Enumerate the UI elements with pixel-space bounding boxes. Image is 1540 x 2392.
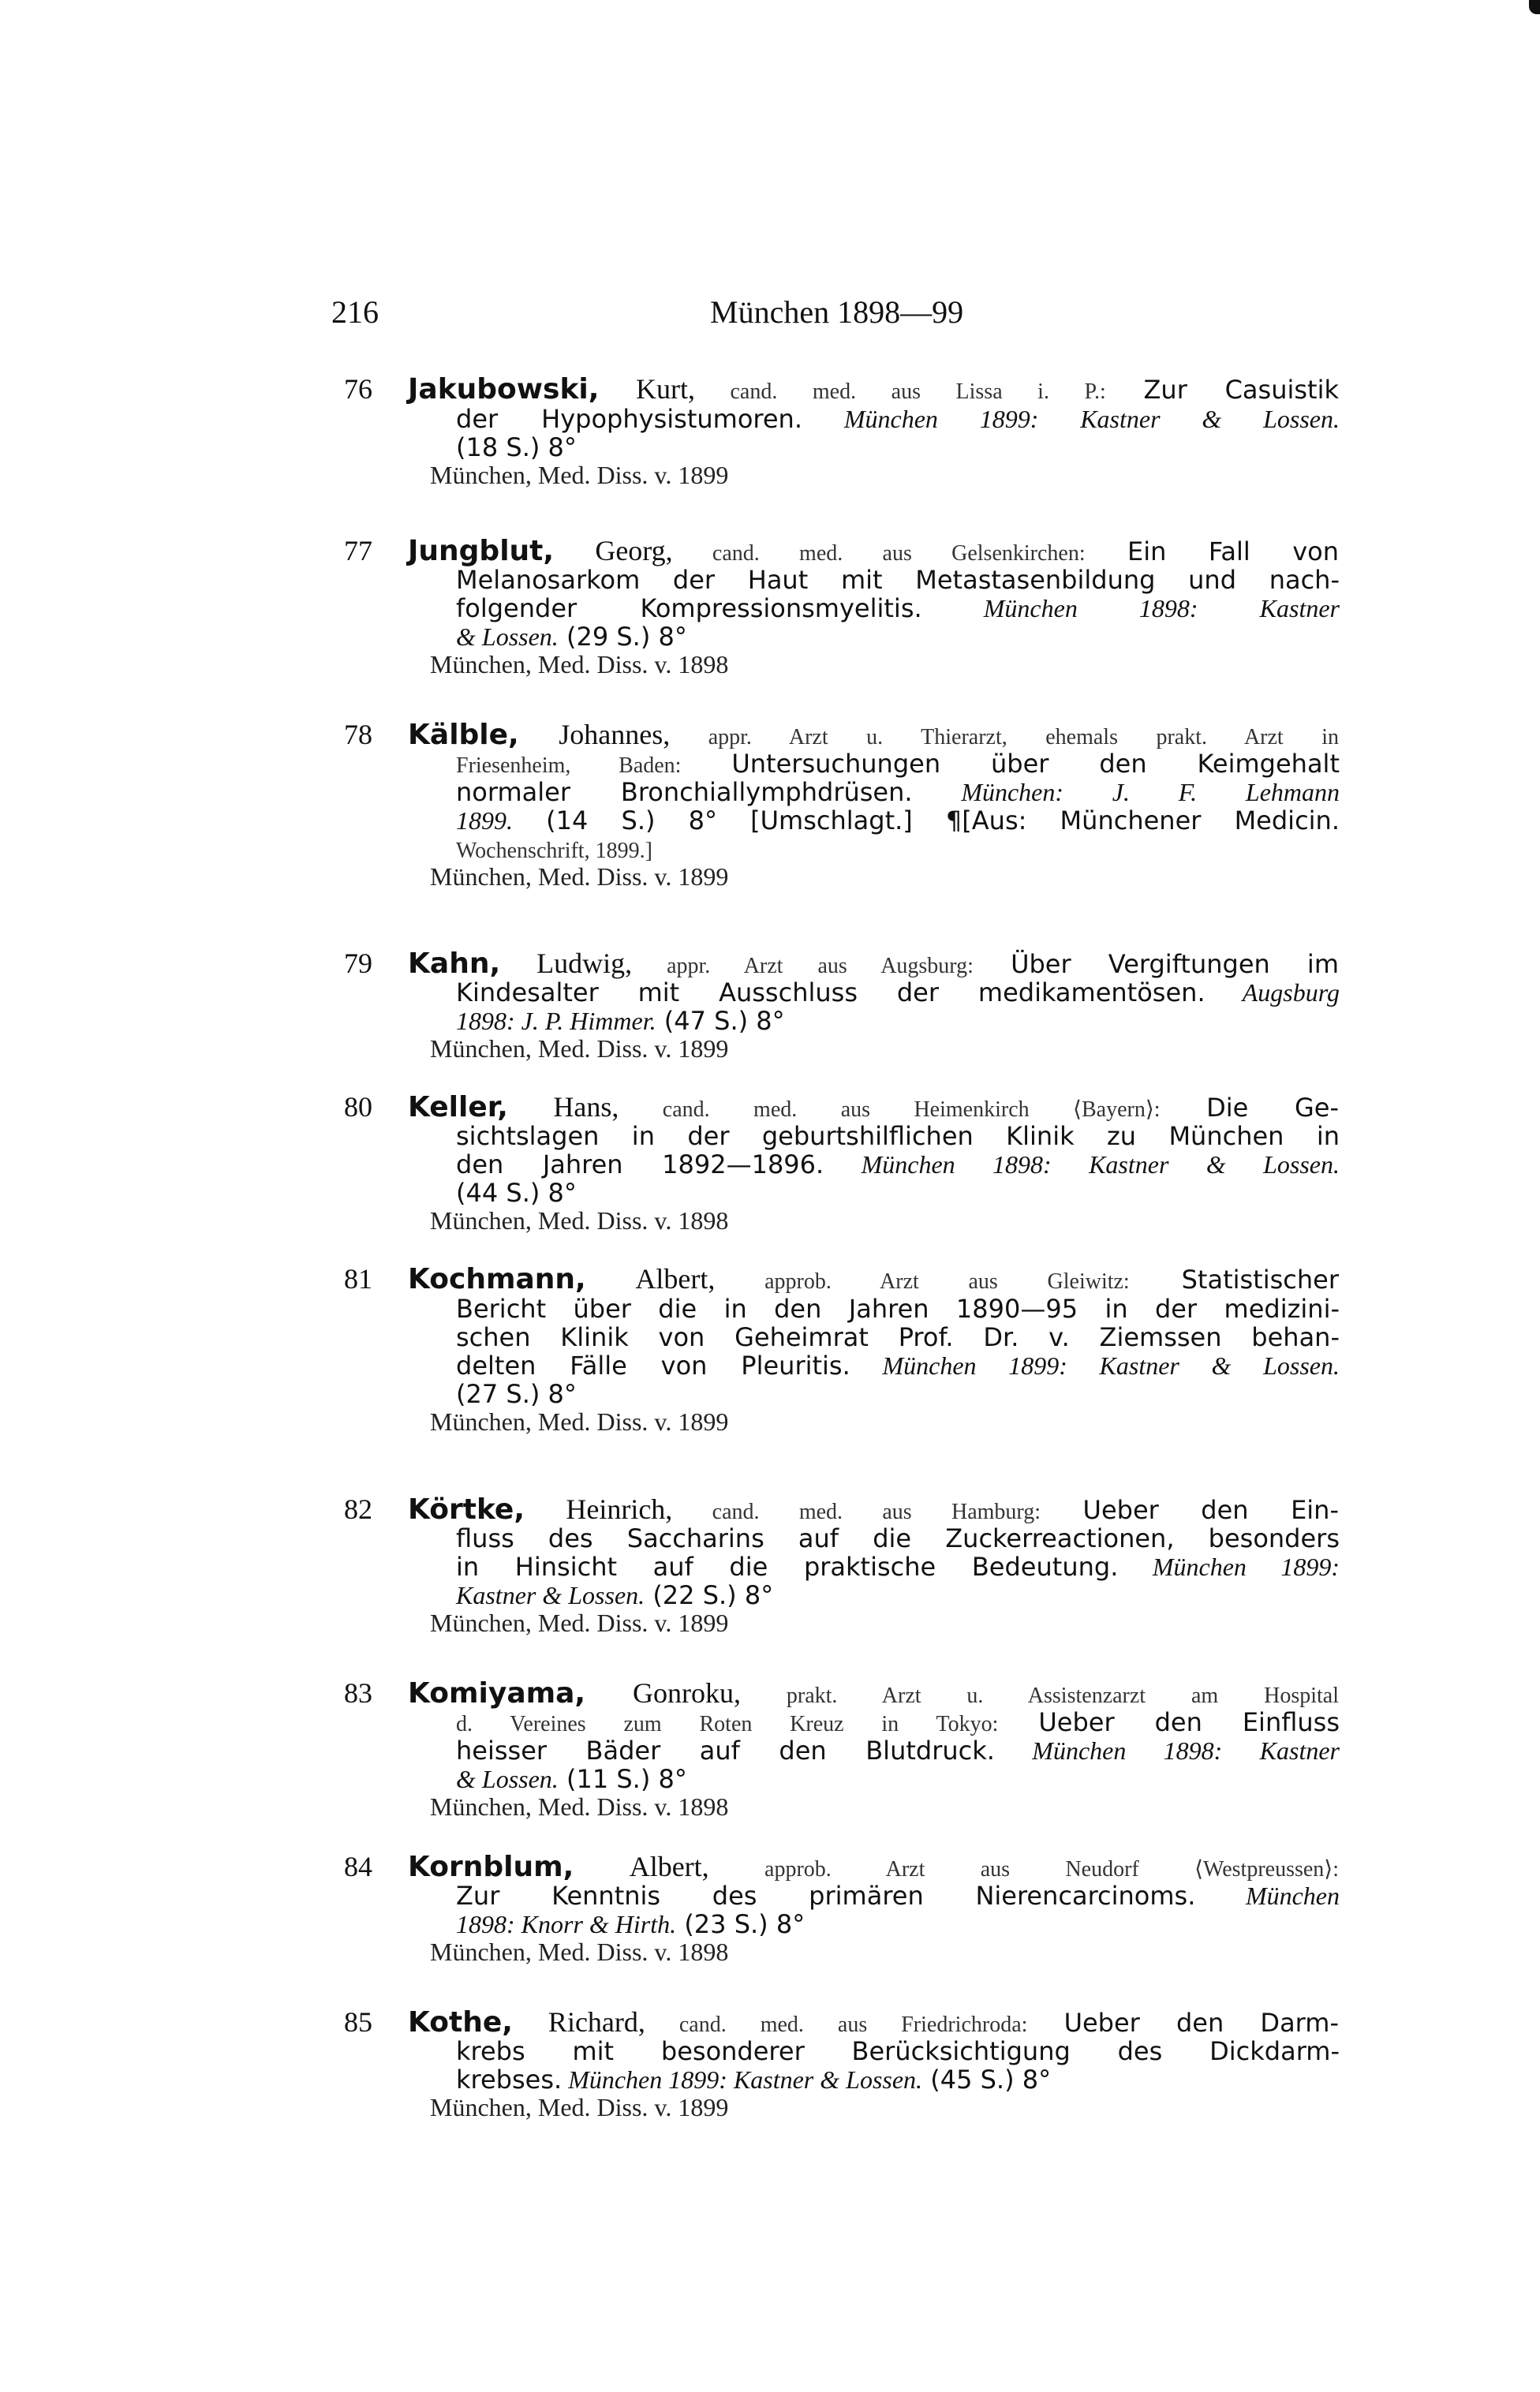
collation: (45 S.) 8°	[922, 2065, 1051, 2095]
entry-line: Wochenschrift, 1899.]	[456, 834, 1340, 865]
imprint: 1898: J. P. Himmer.	[456, 1007, 656, 1035]
entry-location: München, Med. Diss. v. 1899	[430, 1609, 728, 1637]
author-info: approb. Arzt aus Neudorf ⟨Westpreussen⟩:	[709, 1857, 1339, 1882]
author-given: Hans,	[508, 1091, 619, 1123]
title-text: Melanosarkom der Haut mit Metastasenbild…	[456, 565, 1340, 595]
collation: (27 S.) 8°	[456, 1379, 577, 1409]
author-given: Georg,	[554, 535, 673, 566]
title-text: Statistischer	[1130, 1265, 1339, 1295]
author-info: cand. med. aus Gelsenkirchen:	[673, 541, 1086, 566]
entry-location: München, Med. Diss. v. 1899	[430, 1034, 728, 1063]
author-info: appr. Arzt u. Thierarzt, ehemals prakt. …	[670, 725, 1339, 749]
imprint: München 1898: Kastner	[922, 594, 1340, 622]
imprint: Kastner & Lossen.	[456, 1581, 645, 1609]
imprint: München	[1195, 1882, 1340, 1910]
author-surname: Jungblut,	[408, 535, 554, 567]
title-text: Über Vergiftungen im	[974, 949, 1339, 979]
entry-line: Kälble, Johannes, appr. Arzt u. Thierarz…	[408, 720, 1339, 752]
collation: (11 S.) 8°	[559, 1764, 687, 1794]
title-text: Die Ge-	[1161, 1093, 1339, 1123]
entry-line: Keller, Hans, cand. med. aus Heimenkirch…	[408, 1093, 1339, 1124]
title-text: heisser Bäder auf den Blutdruck.	[456, 1736, 995, 1766]
collation: (18 S.) 8°	[456, 432, 577, 462]
author-surname: Jakubowski,	[408, 373, 599, 406]
entry-line: den Jahren 1892—1896. München 1898: Kast…	[456, 1149, 1340, 1179]
author-surname: Kornblum,	[408, 1851, 574, 1883]
imprint: & Lossen.	[456, 622, 559, 651]
collation: (47 S.) 8°	[656, 1006, 785, 1036]
imprint: München 1899:	[1118, 1553, 1340, 1581]
title-text: der Hypophysistumoren.	[456, 404, 802, 434]
imprint: München 1899: Kastner & Lossen.	[802, 405, 1340, 433]
entry-number: 81	[344, 1265, 372, 1293]
entry-line: Melanosarkom der Haut mit Metastasenbild…	[456, 565, 1340, 594]
imprint: München 1898: Kastner & Lossen.	[824, 1150, 1340, 1179]
collation: (14 S.) 8° [Umschlagt.] ¶[Aus: Münchener…	[513, 805, 1340, 835]
title-text: fluss des Saccharins auf die Zuckerreact…	[456, 1523, 1340, 1553]
entry-line: heisser Bäder auf den Blutdruck. München…	[456, 1736, 1340, 1765]
running-head: München 1898—99	[710, 293, 963, 331]
title-text: Ein Fall von	[1086, 536, 1339, 566]
entry-line: & Lossen. (11 S.) 8°	[456, 1764, 1340, 1793]
imprint: München 1899: Kastner & Lossen.	[562, 2065, 922, 2094]
author-surname: Kälble,	[408, 719, 519, 751]
author-info: cand. med. aus Heimenkirch ⟨Bayern⟩:	[619, 1097, 1160, 1122]
author-given: Richard,	[513, 2006, 645, 2038]
author-given: Johannes,	[519, 719, 670, 750]
entry-line: (27 S.) 8°	[456, 1379, 1340, 1408]
author-surname: Keller,	[408, 1091, 508, 1123]
title-text: folgender Kompressionsmyelitis.	[456, 593, 922, 623]
author-given: Heinrich,	[525, 1493, 672, 1525]
collation: (22 S.) 8°	[645, 1580, 773, 1610]
title-text: schen Klinik von Geheimrat Prof. Dr. v. …	[456, 1322, 1340, 1352]
entry-line: Kothe, Richard, cand. med. aus Friedrich…	[408, 2008, 1339, 2039]
title-text: den Jahren 1892—1896.	[456, 1149, 824, 1179]
entry-location: München, Med. Diss. v. 1898	[430, 1938, 728, 1966]
entry-number: 82	[344, 1495, 372, 1523]
entry-number: 76	[344, 375, 372, 403]
title-text: delten Fälle von Pleuritis.	[456, 1351, 850, 1381]
author-info: cand. med. aus Hamburg:	[672, 1500, 1041, 1524]
entry-location: München, Med. Diss. v. 1899	[430, 461, 728, 489]
collation: (29 S.) 8°	[559, 622, 687, 652]
entry-line: krebses. München 1899: Kastner & Lossen.…	[456, 2065, 1340, 2094]
entry-line: Körtke, Heinrich, cand. med. aus Hamburg…	[408, 1495, 1339, 1527]
entry-line: delten Fälle von Pleuritis. München 1899…	[456, 1351, 1340, 1380]
title-text: Kindesalter mit Ausschluss der medikamen…	[456, 977, 1205, 1007]
page-number: 216	[331, 293, 379, 331]
entry-line: 1899. (14 S.) 8° [Umschlagt.] ¶[Aus: Mün…	[456, 805, 1340, 835]
entry-number: 79	[344, 949, 372, 977]
entry-location: München, Med. Diss. v. 1899	[430, 862, 728, 891]
entry-line: Zur Kenntnis des primären Nierencarcinom…	[456, 1881, 1340, 1910]
title-text: normaler Bronchiallymphdrüsen.	[456, 777, 913, 807]
source-note: Wochenschrift, 1899.]	[456, 839, 652, 863]
title-text: in Hinsicht auf die praktische Bedeutung…	[456, 1552, 1118, 1582]
entry-line: Bericht über die in den Jahren 1890—95 i…	[456, 1294, 1340, 1323]
entry-location: München, Med. Diss. v. 1899	[430, 1407, 728, 1436]
entry-line: 1898: Knorr & Hirth. (23 S.) 8°	[456, 1909, 1340, 1938]
author-surname: Komiyama,	[408, 1677, 585, 1710]
collation: (23 S.) 8°	[676, 1909, 805, 1939]
entry-number: 80	[344, 1093, 372, 1121]
title-text: Ueber den Darm-	[1027, 2008, 1339, 2038]
author-given: Kurt,	[599, 373, 695, 405]
author-info: appr. Arzt aus Augsburg:	[632, 954, 974, 978]
imprint: München: J. F. Lehmann	[913, 778, 1340, 806]
entry-line: (18 S.) 8°	[456, 432, 1340, 462]
imprint: 1898: Knorr & Hirth.	[456, 1910, 676, 1938]
author-given: Albert,	[586, 1263, 716, 1295]
entry-line: der Hypophysistumoren. München 1899: Kas…	[456, 404, 1340, 433]
author-info: Friesenheim, Baden:	[456, 753, 681, 778]
author-given: Gonroku,	[585, 1677, 741, 1709]
title-text: sichtslagen in der geburtshilflichen Kli…	[456, 1121, 1340, 1151]
entry-number: 84	[344, 1852, 372, 1881]
author-surname: Kochmann,	[408, 1263, 586, 1295]
entry-line: Kastner & Lossen. (22 S.) 8°	[456, 1580, 1340, 1609]
author-surname: Kothe,	[408, 2006, 513, 2039]
author-surname: Kahn,	[408, 947, 500, 980]
entry-line: schen Klinik von Geheimrat Prof. Dr. v. …	[456, 1322, 1340, 1351]
entry-line: Kornblum, Albert, approb. Arzt aus Neudo…	[408, 1852, 1339, 1884]
entry-number: 85	[344, 2008, 372, 2036]
entry-line: sichtslagen in der geburtshilflichen Kli…	[456, 1121, 1340, 1150]
entry-line: Komiyama, Gonroku, prakt. Arzt u. Assist…	[408, 1679, 1339, 1710]
entry-line: folgender Kompressionsmyelitis. München …	[456, 593, 1340, 622]
entry-line: d. Vereines zum Roten Kreuz in Tokyo: Ue…	[456, 1707, 1340, 1739]
imprint: 1899.	[456, 806, 513, 835]
imprint: München 1898: Kastner	[995, 1736, 1340, 1765]
collation: (44 S.) 8°	[456, 1178, 577, 1208]
imprint: & Lossen.	[456, 1765, 559, 1793]
entry-location: München, Med. Diss. v. 1899	[430, 2093, 728, 2121]
author-surname: Körtke,	[408, 1493, 525, 1526]
title-text: Zur Kenntnis des primären Nierencarcinom…	[456, 1881, 1195, 1911]
title-text: Ueber den Ein-	[1041, 1495, 1339, 1525]
entry-line: Jakubowski, Kurt, cand. med. aus Lissa i…	[408, 375, 1339, 406]
entry-number: 83	[344, 1679, 372, 1707]
author-given: Albert,	[574, 1851, 708, 1882]
author-info: cand. med. aus Friedrichroda:	[645, 2013, 1028, 2037]
entry-line: Kindesalter mit Ausschluss der medikamen…	[456, 977, 1340, 1007]
entry-line: & Lossen. (29 S.) 8°	[456, 622, 1340, 651]
entry-location: München, Med. Diss. v. 1898	[430, 650, 728, 678]
entry-location: München, Med. Diss. v. 1898	[430, 1206, 728, 1235]
imprint: München 1899: Kastner & Lossen.	[850, 1351, 1340, 1380]
title-text: Bericht über die in den Jahren 1890—95 i…	[456, 1294, 1340, 1324]
entry-line: (44 S.) 8°	[456, 1178, 1340, 1207]
entry-line: Kochmann, Albert, approb. Arzt aus Gleiw…	[408, 1265, 1339, 1296]
title-text: Zur Casuistik	[1106, 375, 1339, 405]
title-text: Untersuchungen über den Keimgehalt	[681, 749, 1340, 779]
author-given: Ludwig,	[500, 947, 632, 979]
entry-number: 77	[344, 536, 372, 565]
entry-line: in Hinsicht auf die praktische Bedeutung…	[456, 1552, 1340, 1581]
entry-line: 1898: J. P. Himmer. (47 S.) 8°	[456, 1006, 1340, 1035]
scan-artifact	[1529, 0, 1540, 14]
entry-location: München, Med. Diss. v. 1898	[430, 1792, 728, 1821]
entry-line: Kahn, Ludwig, appr. Arzt aus Augsburg: Ü…	[408, 949, 1339, 981]
title-text: krebs mit besonderer Berücksichtigung de…	[456, 2036, 1340, 2066]
author-info: approb. Arzt aus Gleiwitz:	[715, 1269, 1129, 1294]
title-text: krebses.	[456, 2065, 562, 2095]
author-info: d. Vereines zum Roten Kreuz in Tokyo:	[456, 1712, 998, 1736]
title-text: Ueber den Einfluss	[998, 1707, 1340, 1737]
entry-line: Friesenheim, Baden: Untersuchungen über …	[456, 749, 1340, 780]
entry-line: normaler Bronchiallymphdrüsen. München: …	[456, 777, 1340, 806]
entry-number: 78	[344, 720, 372, 749]
author-info: cand. med. aus Lissa i. P.:	[695, 379, 1106, 404]
author-info: prakt. Arzt u. Assistenzarzt am Hospital	[741, 1684, 1339, 1708]
imprint: Augsburg	[1205, 978, 1340, 1007]
entry-line: Jungblut, Georg, cand. med. aus Gelsenki…	[408, 536, 1339, 568]
entry-line: krebs mit besonderer Berücksichtigung de…	[456, 2036, 1340, 2065]
entry-line: fluss des Saccharins auf die Zuckerreact…	[456, 1523, 1340, 1553]
